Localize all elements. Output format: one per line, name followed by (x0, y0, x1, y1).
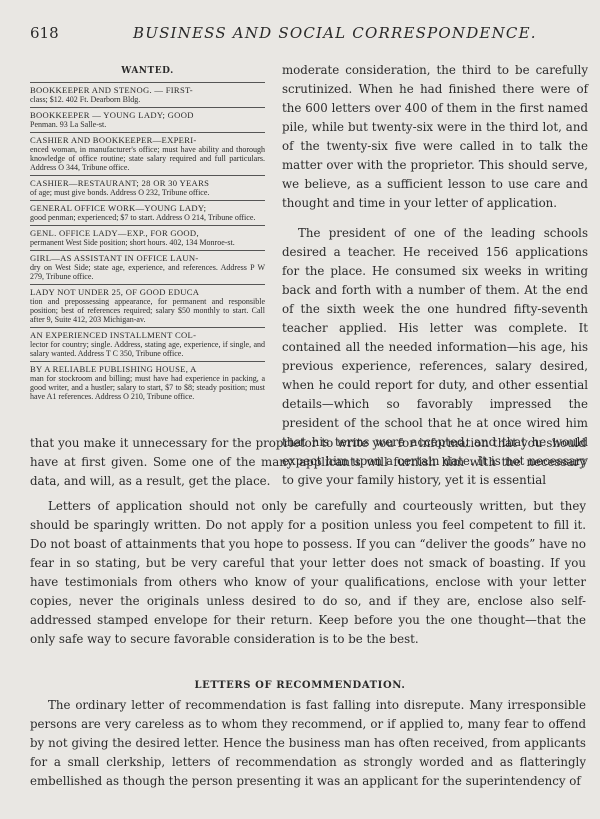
running-title: BUSINESS AND SOCIAL CORRESPONDENCE. (133, 24, 537, 42)
paragraph: The ordinary letter of recommendation is… (30, 696, 586, 791)
ad-item: BOOKKEEPER — YOUNG LADY; GOODPenman. 93 … (30, 107, 265, 132)
ad-item: BOOKKEEPER AND STENOG. — FIRST-class; $1… (30, 82, 265, 107)
right-column-text: moderate consideration, the third to be … (282, 61, 588, 490)
paragraph: moderate consideration, the third to be … (282, 61, 588, 213)
ad-item: CASHIER—RESTAURANT; 28 OR 30 YEARSof age… (30, 175, 265, 200)
ad-item: GENERAL OFFICE WORK—YOUNG LADY;good penm… (30, 200, 265, 225)
section-heading: LETTERS OF RECOMMENDATION. (0, 680, 600, 691)
book-page: 618 BUSINESS AND SOCIAL CORRESPONDENCE. … (0, 0, 600, 819)
ad-item: GENL. OFFICE LADY—EXP., FOR GOOD,permane… (30, 225, 265, 250)
body-text-continued: that you make it unnecessary for the pro… (30, 434, 586, 491)
ad-item: GIRL—AS ASSISTANT IN OFFICE LAUN-dry on … (30, 250, 265, 284)
ad-item: BY A RELIABLE PUBLISHING HOUSE, Aman for… (30, 361, 265, 404)
ad-item: LADY NOT UNDER 25, OF GOOD EDUCAtion and… (30, 284, 265, 327)
paragraph: Letters of application should not only b… (30, 497, 586, 649)
ad-item: AN EXPERIENCED INSTALLMENT COL-lector fo… (30, 327, 265, 361)
ad-item: CASHIER AND BOOKKEEPER—EXPERI-enced woma… (30, 132, 265, 175)
wanted-ads-clipping: WANTED. BOOKKEEPER AND STENOG. — FIRST-c… (30, 66, 265, 404)
body-text-recommendation: The ordinary letter of recommendation is… (30, 696, 586, 791)
ads-title: WANTED. (30, 66, 265, 76)
page-header: 618 BUSINESS AND SOCIAL CORRESPONDENCE. (30, 24, 570, 44)
paragraph: that you make it unnecessary for the pro… (30, 434, 586, 491)
body-text: Letters of application should not only b… (30, 497, 586, 649)
page-number: 618 (30, 24, 59, 42)
